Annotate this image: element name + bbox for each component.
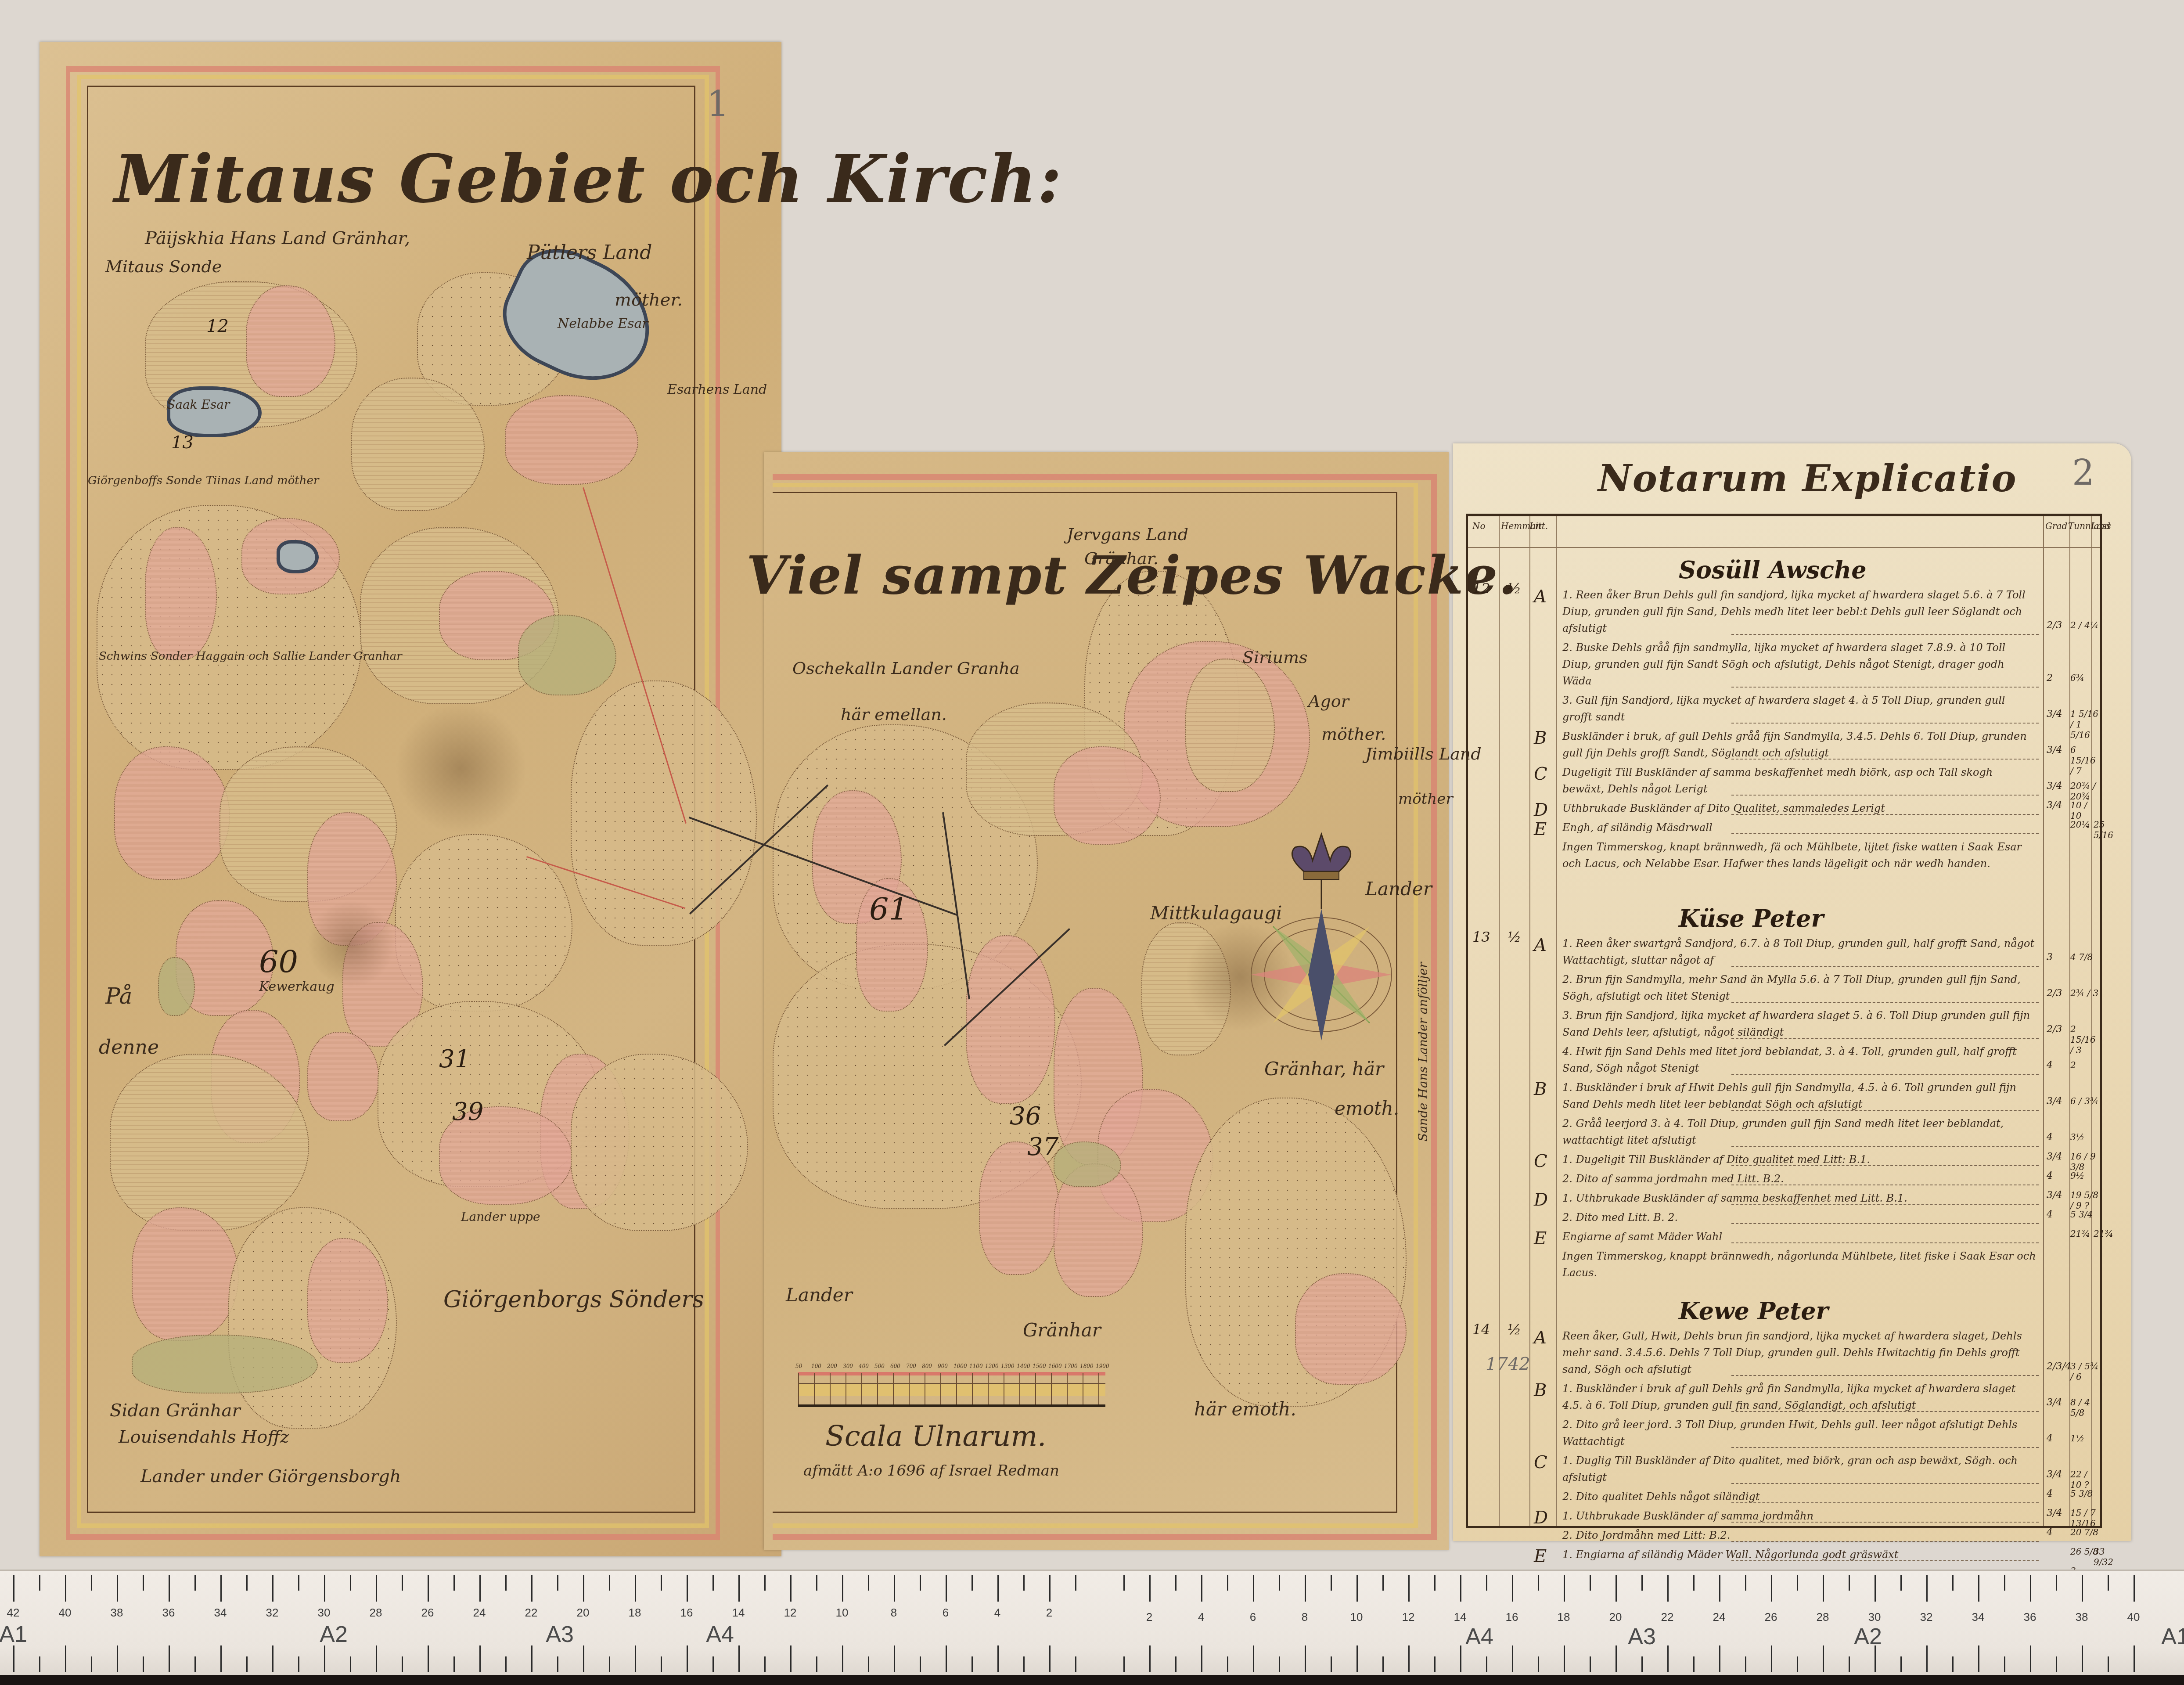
ruler-tick [609, 1656, 610, 1672]
ruler-tick [1693, 1656, 1695, 1672]
row-grade: 3/4 [2047, 1397, 2062, 1408]
row-value: 6¾ [2070, 673, 2084, 683]
lake-small [277, 540, 319, 573]
ruler-tick [997, 1575, 999, 1602]
row-value: 16 / 9 3/8 [2070, 1151, 2100, 1172]
row-grade: 2/3 [2047, 1024, 2062, 1035]
ruler-tick [1900, 1656, 1902, 1672]
scale-tick-label: 200 [827, 1363, 837, 1369]
ruler-tick [1075, 1656, 1076, 1672]
row-description: Dugeligit Till Buskländer af samma beska… [1562, 764, 2036, 797]
ruler-tick [1023, 1656, 1025, 1672]
row-description: 4. Hwit fijn Sand Dehls med litet jord b… [1562, 1043, 2036, 1077]
ruler-tick [687, 1575, 688, 1602]
row-letter: E [1534, 1546, 1547, 1566]
ruler-tick [790, 1575, 792, 1602]
ruler-tick [324, 1575, 325, 1602]
ruler-number: 18 [629, 1606, 641, 1620]
ruler-tick [1564, 1575, 1565, 1602]
row-grade: 3/4 [2047, 1096, 2062, 1107]
ruler-number: 12 [784, 1606, 797, 1620]
ruler-tick [1123, 1656, 1125, 1672]
ruler-tick [1978, 1645, 1979, 1672]
row-letter: A [1534, 1328, 1547, 1348]
dotted-leader [1731, 833, 2039, 834]
ruler-tick [816, 1656, 817, 1672]
row-grade: 2 [2047, 673, 2053, 684]
ruler-tick [1382, 1656, 1384, 1672]
ruler-tick [531, 1645, 533, 1672]
map-place-label: Siriums [1242, 648, 1308, 667]
scale-tick-label: 1800 [1080, 1363, 1094, 1369]
row-value: 19 5/8 / 9 ? [2070, 1190, 2100, 1211]
ruler-number: 8 [891, 1606, 897, 1620]
ruler-number: 34 [1972, 1610, 1985, 1624]
ruler-tick [1201, 1645, 1202, 1672]
ruler-tick [816, 1575, 817, 1591]
row-value: 22 / 10 ? [2070, 1469, 2100, 1490]
dotted-leader [1731, 1541, 2039, 1542]
ruler-tick [1823, 1575, 1824, 1602]
map-place-label: Päijskhia Hans Land Gränhar, [145, 228, 410, 248]
ruler-tick [1797, 1575, 1798, 1591]
dotted-leader [1731, 1483, 2039, 1484]
row-letter: A [1534, 587, 1547, 607]
scale-tick-label: 700 [906, 1363, 916, 1369]
row-description: 2. Dito grå leer jord. 3 Toll Diup, grun… [1562, 1416, 2036, 1450]
row-letter: A [1534, 935, 1547, 955]
ruler-number: 30 [318, 1606, 331, 1620]
map-place-label: Sidan Gränhar [110, 1401, 241, 1421]
parcel-number: 37 [1027, 1133, 1058, 1161]
dotted-leader [1731, 1002, 2039, 1003]
ruler-number: 8 [1302, 1610, 1308, 1624]
scale-tick-label: 1100 [969, 1363, 983, 1369]
ruler-tick [920, 1575, 921, 1591]
map-place-label: Sande Hans Lander anfölljer [1416, 962, 1430, 1141]
map-place-label: Mittkulagaugi [1150, 902, 1282, 924]
row-value: 21¾ [2070, 1228, 2090, 1239]
dotted-leader [1731, 814, 2039, 815]
dotted-leader [1731, 1375, 2039, 1376]
ruler-tick [1641, 1656, 1643, 1672]
scale-tick [1004, 1373, 1004, 1404]
row-value: 2 15/16 / 3 [2070, 1024, 2100, 1055]
dotted-leader [1731, 1411, 2039, 1412]
paper-format-label: A4 [1465, 1624, 1493, 1650]
map-place-label: Lander [1365, 878, 1432, 900]
map-place-label: Gränhar, här [1264, 1058, 1384, 1080]
scale-tick [861, 1373, 862, 1404]
row-description: 1. Reen åker swartgrå Sandjord, 6.7. à 8… [1562, 935, 2036, 969]
scale-tick [798, 1373, 799, 1404]
row-value: 2¾ / 3 [2070, 988, 2098, 998]
ruler-number: 16 [1506, 1610, 1518, 1624]
paper-format-label: A1 [2161, 1624, 2184, 1650]
column-header: Litt. [1529, 521, 1548, 531]
row-description: 1. Buskländer i bruk af Hwit Dehls gull … [1562, 1079, 2036, 1113]
row-value: 15 / 7 13/16 [2070, 1508, 2100, 1529]
ruler-tick [298, 1575, 299, 1591]
map-place-label: Mitaus Sonde [105, 257, 222, 276]
ruler-tick [635, 1645, 636, 1672]
row-value: 8 / 4 5/8 [2070, 1397, 2100, 1418]
scale-tick-label: 50 [795, 1363, 802, 1369]
ruler-tick [1149, 1645, 1151, 1672]
map-place-label: Giörgenboffs Sonde Tiinas Land möther [88, 474, 319, 487]
map-place-label: denne [99, 1036, 159, 1059]
row-letter: E [1534, 819, 1547, 839]
ruler-tick [1849, 1575, 1850, 1591]
row-description: 2. Gråå leerjord 3. à 4. Toll Diup, grun… [1562, 1115, 2036, 1149]
map-place-label: Gränhar [1023, 1319, 1101, 1341]
scale-title: Scala Ulnarum. [825, 1420, 1046, 1453]
ruler-tick [1926, 1575, 1928, 1602]
ruler-tick [169, 1575, 170, 1602]
row-value: 20¾ / 20¾ [2070, 781, 2100, 802]
scale-tick [988, 1373, 989, 1404]
ruler-tick [2030, 1645, 2031, 1672]
ruler-tick [1434, 1656, 1436, 1672]
ruler-tick [1978, 1575, 1979, 1602]
paper-format-label: A3 [546, 1621, 574, 1648]
ruler-number: 38 [2076, 1610, 2088, 1624]
ruler-number: 10 [1350, 1610, 1363, 1624]
measuring-ruler: 4240383634323028262422201816141210864224… [0, 1570, 2184, 1681]
parcel-number: 39 [452, 1098, 483, 1126]
scale-tick [1098, 1373, 1099, 1404]
ruler-tick [65, 1645, 66, 1672]
dotted-leader [1731, 1223, 2039, 1224]
row-grade: 3/4 [2047, 1469, 2062, 1480]
paper-format-label: A1 [0, 1621, 27, 1648]
map-place-label: Lander [786, 1284, 853, 1306]
ruler-tick [790, 1645, 792, 1672]
ruler-number: 4 [1198, 1610, 1204, 1624]
row-value: 5 3/8 [2070, 1488, 2093, 1499]
row-grade: 4 [2047, 1433, 2053, 1444]
dotted-leader [1731, 1038, 2039, 1039]
map-place-label: Esarhens Land [667, 382, 767, 397]
ruler-tick [272, 1645, 273, 1672]
row-grade: 4 [2047, 1527, 2053, 1538]
ruler-number: 30 [1868, 1610, 1881, 1624]
row-grade: 2/3 [2047, 620, 2062, 631]
explanation-table: NoHemmanLitt.GradTunnlandLass Sosüll Aws… [1466, 514, 2102, 1528]
scale-tick [940, 1373, 941, 1404]
ruler-tick [1434, 1575, 1436, 1591]
ruler-tick [764, 1656, 766, 1672]
row-value: 1 5/16 / 1 5/16 [2070, 709, 2100, 740]
row-value: 6 15/16 / 7 [2070, 745, 2100, 776]
paper-format-label: A3 [1628, 1624, 1656, 1650]
ruler-tick [39, 1575, 40, 1591]
row-total: 21¾ [2094, 1228, 2113, 1239]
row-description: 1. Buskländer i bruk af gull Dehls grå f… [1562, 1380, 2036, 1414]
map-place-label: På [105, 983, 132, 1009]
ruler-tick [324, 1645, 325, 1672]
ruler-tick [2108, 1656, 2109, 1672]
ruler-number: 36 [2024, 1610, 2036, 1624]
row-letter: D [1534, 1508, 1548, 1528]
scale-tick [925, 1373, 925, 1404]
ruler-number: 10 [836, 1606, 849, 1620]
ruler-tick [65, 1575, 66, 1602]
parcel-number: 61 [869, 891, 908, 927]
ruler-tick [712, 1656, 714, 1672]
ruler-tick [39, 1656, 40, 1672]
ruler-tick [1460, 1645, 1461, 1672]
map-place-label: Giörgenborgs Sönders [443, 1286, 704, 1313]
ruler-tick [1590, 1575, 1591, 1591]
ruler-number: 38 [111, 1606, 123, 1620]
ruler-tick [1123, 1575, 1125, 1591]
ruler-number: 2 [1046, 1606, 1052, 1620]
scale-tick-label: 1500 [1033, 1363, 1046, 1369]
farm-name: Sosüll Awsche [1679, 556, 1867, 584]
row-letter: B [1534, 1380, 1547, 1401]
ruler-number: 28 [1817, 1610, 1829, 1624]
map-place-label: Schwins Sonder Haggain och Sallie Lander… [99, 650, 402, 663]
ruler-tick [376, 1645, 377, 1672]
dotted-leader [1731, 1146, 2039, 1147]
row-letter: C [1534, 764, 1547, 784]
ruler-tick [13, 1645, 14, 1672]
row-value: 1½ [2070, 1433, 2084, 1444]
row-description: 2. Brun fijn Sandmylla, mehr Sand än Myl… [1562, 971, 2036, 1005]
map-left-title: Mitaus Gebiet och Kirch: [114, 140, 1062, 218]
ruler-tick [143, 1575, 144, 1591]
map-place-label: emoth. [1335, 1098, 1399, 1119]
scale-tick [1067, 1373, 1068, 1404]
row-value: 9½ [2070, 1170, 2084, 1181]
dotted-leader [1731, 759, 2039, 760]
ruler-tick [1049, 1575, 1051, 1602]
map-place-label: Lander under Giörgensborgh [140, 1466, 401, 1487]
scale-tick-label: 600 [890, 1363, 900, 1369]
ruler-tick [531, 1575, 533, 1602]
ruler-tick [1331, 1575, 1332, 1591]
ruler-tick [1279, 1656, 1280, 1672]
ruler-tick [764, 1575, 766, 1591]
row-description: 3. Brun fijn Sandjord, lijka mycket af h… [1562, 1007, 2036, 1041]
parcel-number: 12 [206, 316, 229, 336]
ruler-number: 18 [1558, 1610, 1570, 1624]
scale-tick-label: 1400 [1017, 1363, 1030, 1369]
ruler-tick [1305, 1575, 1306, 1602]
ruler-tick [1719, 1575, 1720, 1602]
ruler-tick [894, 1575, 895, 1602]
ruler-number: 42 [7, 1606, 20, 1620]
row-description: 2. Buske Dehls gråå fijn sandmylla, lijk… [1562, 639, 2036, 689]
ruler-tick [1408, 1645, 1410, 1672]
scale-tick [1083, 1373, 1083, 1404]
ruler-number: 40 [59, 1606, 72, 1620]
map-place-label: Oschekalln Lander Granha [792, 659, 1020, 678]
ruler-tick [220, 1645, 222, 1672]
ruler-tick [842, 1645, 843, 1672]
row-letter: B [1534, 728, 1547, 748]
ruler-tick [1512, 1645, 1513, 1672]
ruler-number: 12 [1402, 1610, 1415, 1624]
ruler-tick [505, 1575, 507, 1591]
map-place-label: Jimbiills Land [1365, 744, 1482, 763]
ruler-tick [1049, 1645, 1051, 1672]
dotted-leader [1731, 1560, 2039, 1561]
scale-tick-label: 400 [859, 1363, 869, 1369]
row-value: 3½ [2070, 1132, 2084, 1142]
ruler-tick [946, 1645, 947, 1672]
ruler-tick [997, 1645, 999, 1672]
row-value: 5 3/4 [2070, 1209, 2093, 1220]
row-value: 20¼ [2070, 819, 2090, 830]
ruler-tick [583, 1645, 584, 1672]
map-place-label: Kewerkaug [259, 979, 335, 994]
ruler-tick [453, 1575, 455, 1591]
ruler-tick [1408, 1575, 1410, 1602]
row-description: Ingen Timmerskog, knappt brännwedh, någo… [1562, 1248, 2036, 1281]
dotted-leader [1731, 966, 2039, 967]
ruler-tick [1564, 1645, 1565, 1672]
row-grade: 4 [2047, 1170, 2053, 1181]
parcel-number: 31 [439, 1045, 470, 1073]
ruler-tick [1486, 1656, 1487, 1672]
row-description: Buskländer i bruk, af gull Dehls gråå fi… [1562, 728, 2036, 761]
scale-tick [1035, 1373, 1036, 1404]
parcel-number: 36 [1010, 1102, 1041, 1131]
ruler-number: 2 [1146, 1610, 1152, 1624]
row-grade: 3/4 [2047, 1190, 2062, 1201]
ruler-number: 4 [994, 1606, 1000, 1620]
scanner-edge [0, 1675, 2184, 1685]
ruler-tick [246, 1575, 248, 1591]
scale-tick-label: 1900 [1096, 1363, 1109, 1369]
farm-name: Küse Peter [1679, 904, 1824, 933]
ruler-tick [1538, 1575, 1539, 1591]
ruler-tick [1875, 1575, 1876, 1602]
ruler-tick [1460, 1575, 1461, 1602]
dotted-leader [1731, 634, 2039, 635]
ruler-tick [557, 1575, 558, 1591]
farm-number: 14 [1472, 1321, 1490, 1338]
row-grade: 3/4 [2047, 800, 2062, 811]
ruler-tick [1075, 1575, 1076, 1591]
scale-tick [814, 1373, 815, 1404]
dotted-leader [1731, 1110, 2039, 1111]
ruler-tick [2108, 1575, 2109, 1591]
row-grade: 2/3 [2047, 988, 2062, 999]
ruler-number: 34 [214, 1606, 227, 1620]
row-value: 4 7/8 [2070, 952, 2093, 962]
ruler-number: 28 [370, 1606, 382, 1620]
scale-tick-label: 300 [843, 1363, 853, 1369]
ruler-tick [2004, 1656, 2005, 1672]
column-header: No [1472, 521, 1486, 531]
margin-note: 1742 [1486, 1354, 1530, 1374]
map-place-label: här emoth. [1194, 1398, 1296, 1420]
scale-tick-label: 1600 [1048, 1363, 1062, 1369]
ruler-tick [661, 1656, 662, 1672]
ruler-number: 40 [2127, 1610, 2140, 1624]
map-place-label: Nelabbe Esar [558, 316, 648, 331]
ruler-tick [1356, 1645, 1358, 1672]
row-letter: D [1534, 800, 1548, 820]
column-header: Grad [2045, 521, 2067, 531]
scale-signature: afmätt A:o 1696 af Israel Redman [803, 1462, 1059, 1480]
row-grade: 3/4 [2047, 745, 2062, 756]
row-description: Ingen Timmerskog, knapt brännwedh, fä oc… [1562, 839, 2036, 872]
ruler-tick [194, 1656, 196, 1672]
ruler-tick [1538, 1656, 1539, 1672]
scale-tick-label: 900 [938, 1363, 948, 1369]
ruler-tick [1175, 1575, 1177, 1591]
row-letter: E [1534, 1228, 1547, 1249]
scale-tick [909, 1373, 910, 1404]
ruler-tick [661, 1575, 662, 1591]
ruler-tick [1149, 1575, 1151, 1602]
ruler-tick [1279, 1575, 1280, 1591]
ruler-tick [2082, 1645, 2083, 1672]
ruler-tick [920, 1656, 921, 1672]
dotted-leader [1731, 795, 2039, 796]
sheet-number-2: 2 [2072, 452, 2094, 493]
dotted-leader [1731, 1242, 2039, 1243]
ruler-tick [350, 1575, 351, 1591]
ruler-tick [971, 1575, 973, 1591]
ruler-tick [868, 1575, 869, 1591]
parcel-number: 60 [259, 944, 298, 980]
ruler-tick [143, 1656, 144, 1672]
ruler-number: 20 [577, 1606, 590, 1620]
paper-format-label: A4 [706, 1621, 734, 1648]
ruler-tick [1305, 1645, 1306, 1672]
row-letter: C [1534, 1151, 1547, 1171]
dotted-leader [1731, 1204, 2039, 1205]
row-value: 3 / 5¾ / 6 [2070, 1361, 2100, 1382]
row-letter: B [1534, 1079, 1547, 1099]
row-value: 6 / 3¾ [2070, 1096, 2098, 1106]
ruler-number: 24 [473, 1606, 486, 1620]
scale-tick-label: 100 [811, 1363, 821, 1369]
ruler-tick [1616, 1645, 1617, 1672]
ruler-tick [1667, 1575, 1669, 1602]
ruler-tick [2056, 1575, 2057, 1591]
farm-number: 12 [1472, 580, 1490, 597]
ruler-number: 32 [1920, 1610, 1933, 1624]
ruler-tick [350, 1656, 351, 1672]
ruler-number: 36 [162, 1606, 175, 1620]
ruler-tick [1667, 1645, 1669, 1672]
ruler-tick [1745, 1575, 1746, 1591]
ruler-tick [1823, 1645, 1824, 1672]
ruler-number: 26 [1765, 1610, 1777, 1624]
scale-bar: 5010020030040050060070080090010001100120… [798, 1363, 1105, 1407]
map-place-label: Jervgans Land [1067, 525, 1188, 544]
ruler-tick [2056, 1656, 2057, 1672]
row-total: 33 9/32 [2094, 1546, 2113, 1567]
dotted-leader [1731, 1185, 2039, 1185]
ruler-tick [557, 1656, 558, 1672]
row-description: 1. Reen åker Brun Dehls gull fin sandjor… [1562, 587, 2036, 637]
scale-tick [956, 1373, 957, 1404]
ruler-tick [1590, 1656, 1591, 1672]
ruler-tick [117, 1645, 118, 1672]
ruler-tick [402, 1656, 403, 1672]
ruler-tick [2134, 1575, 2135, 1602]
map-place-label: här emellan. [841, 705, 947, 724]
ruler-number: 14 [1454, 1610, 1467, 1624]
farm-share: ½ [1508, 929, 1521, 945]
